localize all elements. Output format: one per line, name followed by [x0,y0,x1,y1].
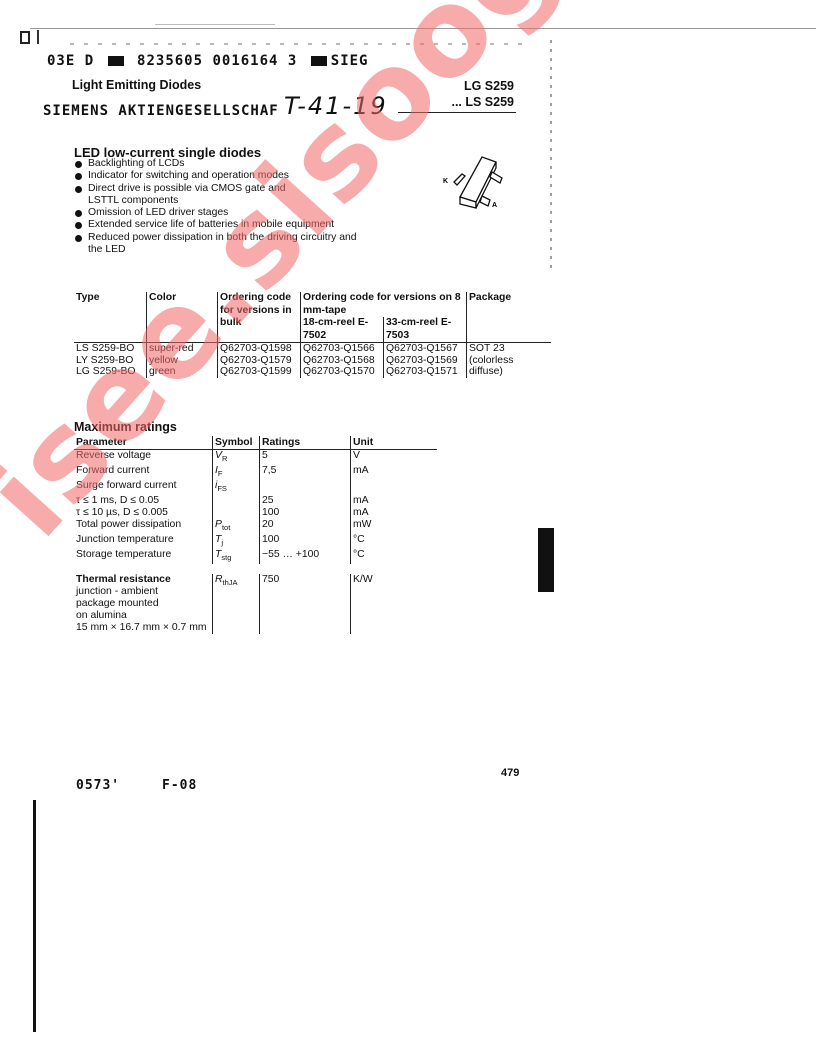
table-row: Storage temperatureTstg−55 … +100°C [74,549,437,564]
cell-rating: 5 [260,450,351,466]
cell-reel33: Q62703-Q1567 [384,343,467,355]
header-rule [398,112,516,113]
redaction-block [108,56,124,66]
thermal-unit: K/W [351,574,438,634]
table-row: τ ≤ 10 µs, D ≤ 0.005100mA [74,507,437,519]
ratings-title: Maximum ratings [74,420,177,434]
cell-rating: 20 [260,519,351,534]
cell-unit: mA [351,507,438,519]
cell-type: LS S259-BO [74,343,147,355]
cell-symbol: Tj [213,534,260,549]
cell-symbol: Ptot [213,519,260,534]
thumb-index-tab [538,528,554,592]
feature-item: Omission of LED driver stages [74,207,368,219]
cell-rating: 7,5 [260,465,351,480]
scan-edge-bar [33,800,36,1032]
cell-type: LY S259-BO [74,355,147,367]
scan-artifact-line [155,24,275,25]
scan-noise [70,43,530,45]
cell-parameter: τ ≤ 10 µs, D ≤ 0.005 [74,507,213,519]
cell-unit: mA [351,495,438,507]
table-row: τ ≤ 1 ms, D ≤ 0.0525mA [74,495,437,507]
series-title: Light Emitting Diodes [72,78,201,92]
thermal-parameter: Thermal resistance junction - ambient pa… [74,574,213,634]
col-header-reel33: 33-cm-reel E-7503 [384,317,467,342]
cell-color: super-red [147,343,218,355]
company-name: SIEMENS AKTIENGESELLSCHAF [43,103,279,119]
col-header-ratings: Ratings [260,436,351,450]
col-header-symbol: Symbol [213,436,260,450]
table-row: LY S259-BO yellow Q62703-Q1579 Q62703-Q1… [74,355,551,367]
cell-bulk: Q62703-Q1599 [218,366,301,378]
table-row: LS S259-BO super-red Q62703-Q1598 Q62703… [74,343,551,355]
cell-unit: °C [351,549,438,564]
cell-reel18: Q62703-Q1568 [301,355,384,367]
page-number: 479 [501,767,519,779]
col-header-reel18: 18-cm-reel E-7502 [301,317,384,342]
col-header-type: Type [74,292,147,342]
cell-reel18: Q62703-Q1566 [301,343,384,355]
cell-symbol [213,507,260,519]
cell-parameter: Forward current [74,465,213,480]
table-row: LG S259-BO green Q62703-Q1599 Q62703-Q15… [74,366,551,378]
registration-mark [37,30,39,44]
redaction-block [311,56,327,66]
part-number-primary: LG S259 [451,78,514,94]
col-header-package: Package [467,292,552,342]
cell-reel33: Q62703-Q1571 [384,366,467,378]
cell-reel18: Q62703-Q1570 [301,366,384,378]
ordering-table: Type Color Ordering code for versions in… [74,292,551,378]
cell-symbol: IF [213,465,260,480]
cell-symbol: VR [213,450,260,466]
cell-unit: °C [351,534,438,549]
anode-label: A [492,202,497,209]
cathode-label: K [443,178,448,185]
cell-package: (colorless [467,355,552,367]
col-header-color: Color [147,292,218,342]
cell-bulk: Q62703-Q1579 [218,355,301,367]
feature-item: Indicator for switching and operation mo… [74,170,368,182]
cell-package: diffuse) [467,366,552,378]
cell-unit: mA [351,465,438,480]
cell-symbol: iFS [213,480,260,495]
feature-list: Backlighting of LCDs Indicator for switc… [74,158,368,256]
cell-parameter: Total power dissipation [74,519,213,534]
cell-parameter: Reverse voltage [74,450,213,466]
cell-unit [351,480,438,495]
cell-symbol [213,495,260,507]
scan-suffix: SIEG [331,53,369,69]
sot23-package-icon: K A [440,152,520,212]
scan-numbers: 8235605 0016164 3 [137,53,297,69]
col-header-bulk: Ordering code for versions in bulk [218,292,301,342]
handwritten-note: T-41-19 [284,92,388,120]
feature-item: Backlighting of LCDs [74,158,368,170]
feature-item: Extended service life of batteries in mo… [74,219,368,231]
cell-color: green [147,366,218,378]
cell-color: yellow [147,355,218,367]
col-header-parameter: Parameter [74,436,213,450]
cell-unit: V [351,450,438,466]
ratings-table: Parameter Symbol Ratings Unit Reverse vo… [74,436,437,564]
cell-reel33: Q62703-Q1569 [384,355,467,367]
thermal-resistance-table: Thermal resistance junction - ambient pa… [74,574,437,634]
registration-mark [20,31,30,44]
col-header-tape-group: Ordering code for versions on 8 mm-tape [301,292,467,317]
footer-code: 0573' [76,778,120,793]
cell-bulk: Q62703-Q1598 [218,343,301,355]
table-row: Total power dissipationPtot20mW [74,519,437,534]
cell-parameter: Surge forward current [74,480,213,495]
table-row: Surge forward currentiFS [74,480,437,495]
cell-rating: −55 … +100 [260,549,351,564]
cell-type: LG S259-BO [74,366,147,378]
table-row: Forward currentIF7,5mA [74,465,437,480]
part-number-secondary: ... LS S259 [451,94,514,110]
cell-symbol: Tstg [213,549,260,564]
cell-package: SOT 23 [467,343,552,355]
cell-rating: 100 [260,507,351,519]
scan-noise [550,40,552,270]
scan-code-line: 03E D 8235605 0016164 3 SIEG [47,53,368,69]
cell-rating [260,480,351,495]
thermal-rating: 750 [260,574,351,634]
feature-item: Reduced power dissipation in both the dr… [74,232,368,257]
scan-artifact-line [30,28,816,29]
cell-parameter: Storage temperature [74,549,213,564]
scan-code: 03E D [47,53,94,69]
part-numbers: LG S259 ... LS S259 [451,78,514,110]
footer-form: F-08 [162,778,197,793]
col-header-unit: Unit [351,436,438,450]
cell-parameter: τ ≤ 1 ms, D ≤ 0.05 [74,495,213,507]
cell-unit: mW [351,519,438,534]
thermal-symbol: RthJA [213,574,260,634]
table-row: Junction temperatureTj100°C [74,534,437,549]
feature-item: Direct drive is possible via CMOS gate a… [74,183,318,208]
cell-rating: 25 [260,495,351,507]
table-row: Reverse voltageVR5V [74,450,437,466]
cell-rating: 100 [260,534,351,549]
cell-parameter: Junction temperature [74,534,213,549]
